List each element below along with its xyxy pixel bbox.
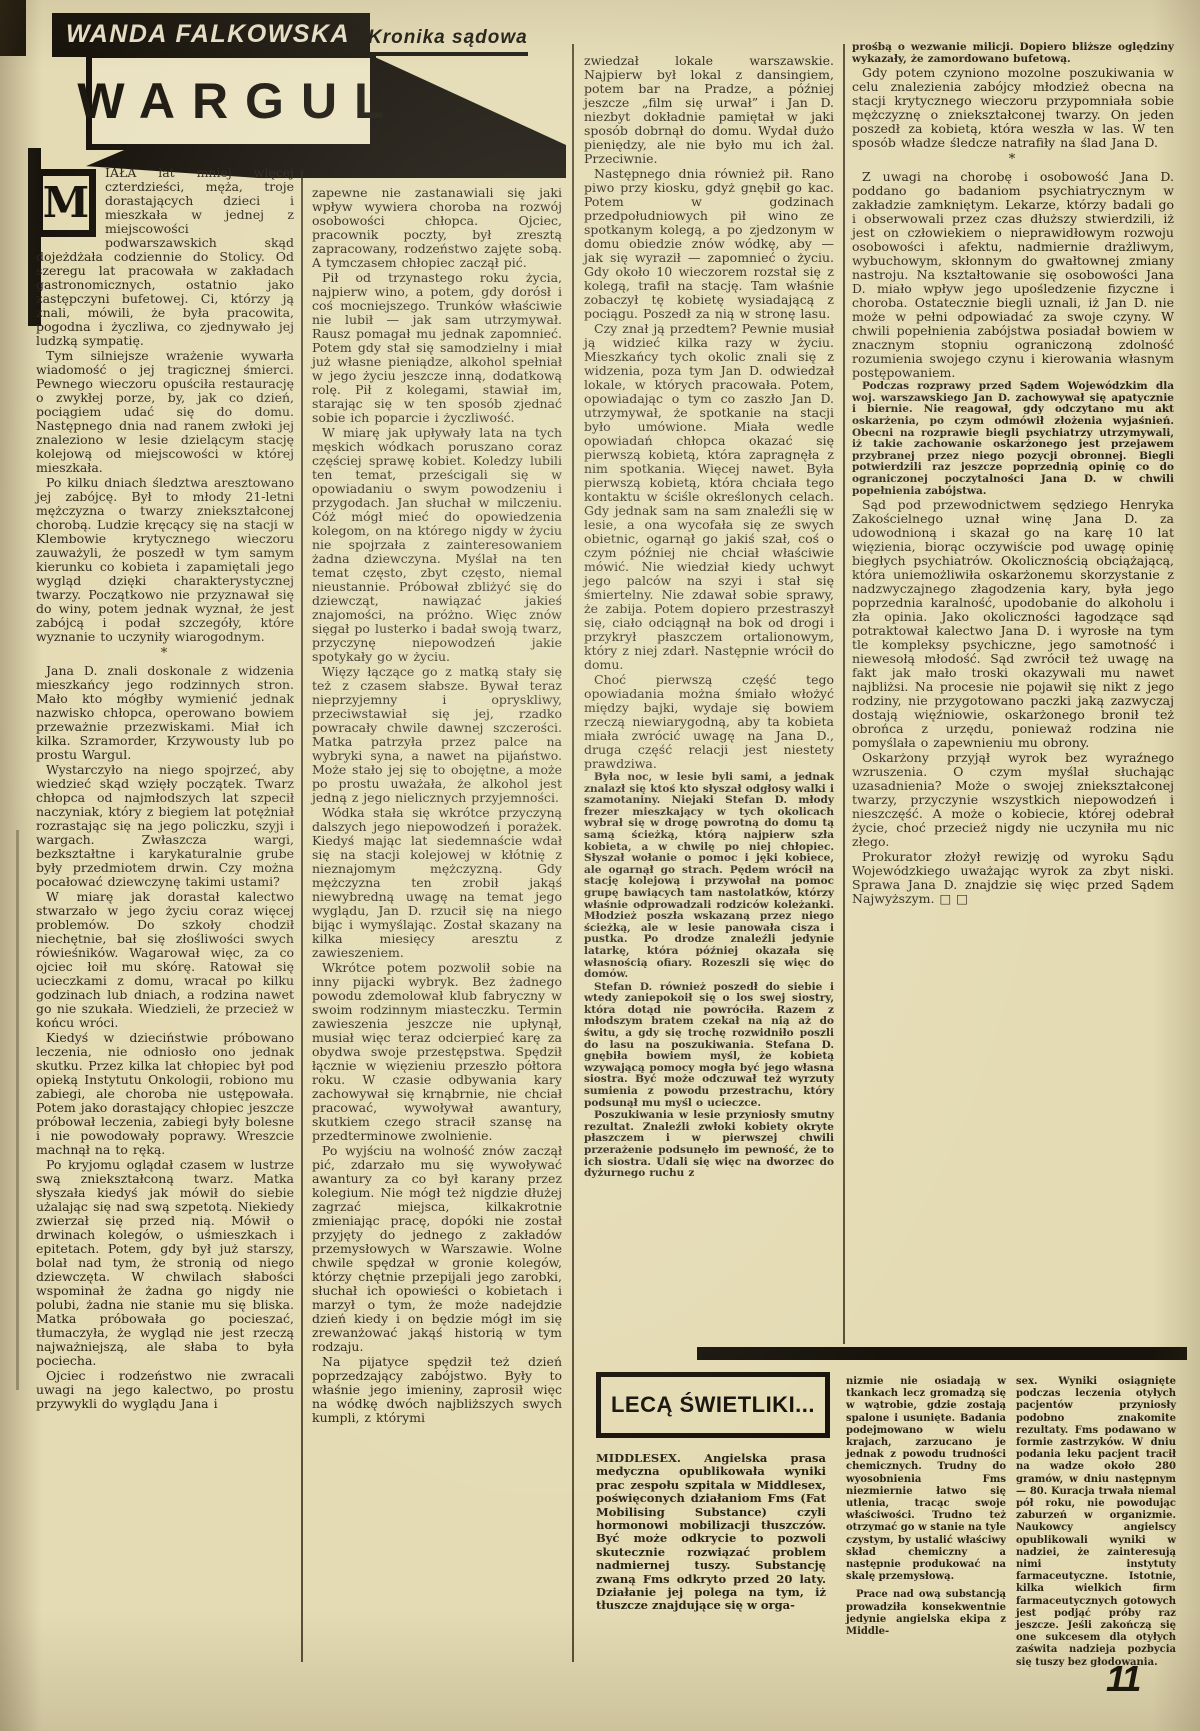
paragraph: MIAŁA lat mniej więcej czterdzieści, męż… (36, 166, 294, 348)
paragraph: Z uwagi na chorobę i osobowość Jana D. p… (852, 170, 1174, 380)
section-divider-bar (697, 1347, 1187, 1360)
paragraph-small-print: Poszukiwania w lesie przyniosły smutny r… (584, 1110, 834, 1180)
paragraph: Czy znał ją przedtem? Pewnie musiał ją w… (584, 322, 834, 672)
article-title: WARGUL (60, 72, 401, 130)
paragraph: zapewne nie zastanawiali się jaki wpływ … (312, 186, 562, 270)
section-separator-star: * (852, 153, 1174, 167)
dropcap-letter: M (43, 182, 90, 224)
paragraph: Po kryjomu oglądał czasem w lustrze swą … (36, 1158, 294, 1368)
paragraph: Gdy potem czyniono mozolne poszukiwania … (852, 66, 1174, 150)
rubric-label: Kronika sądowa (368, 27, 528, 56)
column-rule-3 (843, 44, 845, 1344)
section-separator-star: * (36, 647, 294, 661)
paper-crease (16, 830, 19, 1390)
paragraph: nizmie nie osiadają w tkankach lecz grom… (846, 1376, 1006, 1583)
paragraph: Jana D. znali doskonale z widzenia miesz… (36, 664, 294, 762)
article-column-2: zapewne nie zastanawiali się jaki wpływ … (312, 186, 562, 1426)
paragraph-small-print: prośbą o wezwanie milicji. Dopiero bliżs… (852, 42, 1174, 65)
paragraph: Sąd pod przewodnictwem sędziego Henryka … (852, 498, 1174, 750)
paragraph: Choć pierwszą część tego opowiadania moż… (584, 673, 834, 771)
paragraph: Wystarczyło na niego spojrzeć, aby wiedz… (36, 763, 294, 889)
paragraph: Po wyjściu na wolność znów zaczął pić, z… (312, 1144, 562, 1354)
paragraph: W miarę jak dorastał kalectwo stwarzało … (36, 890, 294, 1030)
dropcap-box: M (36, 169, 96, 237)
paragraph: Więzy łączące go z matką stały się też z… (312, 665, 562, 805)
paragraph: Pił od trzynastego roku życia, najpierw … (312, 271, 562, 425)
scan-corner-mark (0, 0, 26, 56)
article-title-box: WARGUL (86, 52, 376, 150)
brief-column-right: sex. Wyniki osiągnięte podczas leczenia … (1016, 1376, 1176, 1675)
article-column-1: MIAŁA lat mniej więcej czterdzieści, męż… (36, 166, 294, 1412)
article-column-4: prośbą o wezwanie milicji. Dopiero bliżs… (852, 42, 1174, 907)
newspaper-page: WANDA FALKOWSKA Kronika sądowa WARGUL MI… (0, 0, 1200, 1731)
paragraph: Kiedyś w dzieciństwie próbowano leczenia… (36, 1031, 294, 1157)
paragraph: Oskarżony przyjął wyrok bez wyraźnego wz… (852, 751, 1174, 849)
column-rule-2 (572, 44, 574, 1662)
column-rule-1 (301, 170, 303, 1662)
paragraph: W miarę jak upływały lata na tych męskic… (312, 426, 562, 664)
brief-title: LECĄ ŚWIETLIKI... (611, 1392, 815, 1418)
paragraph: Prokurator złożył rewizję od wyroku Sądu… (852, 850, 1174, 906)
paragraph: Tym silniejsze wrażenie wywarła wiadomoś… (36, 349, 294, 475)
article-column-3: zwiedzał lokale warszawskie. Najpierw by… (584, 54, 834, 1181)
author-banner: WANDA FALKOWSKA (52, 13, 370, 57)
brief-column-middle: nizmie nie osiadają w tkankach lecz grom… (846, 1376, 1006, 1644)
paragraph: MIDDLESEX. Angielska prasa medyczna opub… (596, 1452, 826, 1613)
paragraph: Na pijatyce spędził też dzień poprzedzaj… (312, 1355, 562, 1425)
brief-column-left: MIDDLESEX. Angielska prasa medyczna opub… (596, 1452, 826, 1619)
paragraph: Następnego dnia również pił. Rano piwo p… (584, 167, 834, 321)
paragraph: Wódka stała się wkrótce przyczyną dalszy… (312, 806, 562, 960)
paragraph-small-print: Podczas rozprawy przed Sądem Wojewódzkim… (852, 381, 1174, 497)
paragraph: Ojciec i rodzeństwo nie zwracali uwagi n… (36, 1369, 294, 1411)
paragraph: zwiedzał lokale warszawskie. Najpierw by… (584, 54, 834, 166)
paragraph: Wkrótce potem pozwolił sobie na inny pij… (312, 961, 562, 1143)
paragraph-small-print: Była noc, w lesie byli sami, a jednak zn… (584, 772, 834, 981)
brief-title-box: LECĄ ŚWIETLIKI... (596, 1372, 830, 1438)
paragraph-small-print: Stefan D. również poszedł do siebie i wt… (584, 982, 834, 1110)
page-number: 11 (1106, 1658, 1139, 1700)
paragraph: Prace nad ową substancją prowadziła kons… (846, 1589, 1006, 1638)
paragraph: sex. Wyniki osiągnięte podczas leczenia … (1016, 1376, 1176, 1669)
paragraph: Po kilku dniach śledztwa aresztowano jej… (36, 476, 294, 644)
